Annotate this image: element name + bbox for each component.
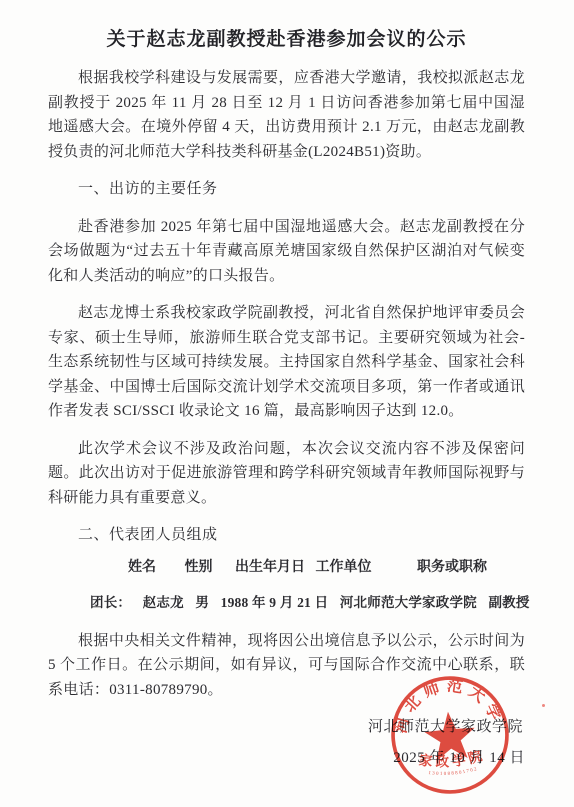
closing-paragraph: 根据中央相关文件精神，现将因公出境信息予以公示，公示时间为 5 个工作日。在公示… [48, 629, 525, 703]
member-birthdate: 1988 年 9 月 21 日 [221, 591, 329, 616]
intro-paragraph: 根据我校学科建设与发展需要，应香港大学邀请，我校拟派赵志龙副教授于 2025 年… [48, 66, 525, 164]
member-role: 团长： [90, 591, 131, 616]
scanned-notice-document: 关于赵志龙副教授赴香港参加会议的公示 根据我校学科建设与发展需要，应香港大学邀请… [0, 0, 574, 807]
section1-note-paragraph: 此次学术会议不涉及政治问题，本次会议交流内容不涉及保密问题。此次出访对于促进旅游… [48, 437, 525, 511]
col-gender: 性别 [185, 556, 213, 581]
signature-date: 2025 年 10 月 14 日 [48, 746, 525, 771]
col-birthdate: 出生年月日 [235, 556, 305, 581]
col-position: 职务或职称 [417, 556, 487, 581]
delegation-table-header: 姓名 性别 出生年月日 工作单位 职务或职称 [48, 556, 525, 581]
member-gender: 男 [195, 591, 209, 616]
signature-organization: 河北师范大学家政学院 [48, 715, 523, 740]
member-name: 赵志龙 [143, 591, 184, 616]
member-position: 副教授 [488, 591, 529, 616]
col-unit: 工作单位 [316, 556, 372, 581]
delegation-table-row: 团长： 赵志龙 男 1988 年 9 月 21 日 河北师范大学家政学院 副教授 [48, 591, 525, 616]
section1-bio-paragraph: 赵志龙博士系我校家政学院副教授，河北省自然保护地评审委员会专家、硕士生导师，旅游… [48, 301, 525, 424]
page-title: 关于赵志龙副教授赴香港参加会议的公示 [48, 27, 525, 52]
section2-heading: 二、代表团人员组成 [48, 523, 525, 548]
col-name: 姓名 [128, 556, 156, 581]
section1-task-paragraph: 赴香港参加 2025 年第七届中国湿地遥感大会。赵志龙副教授在分会场做题为“过去… [48, 215, 525, 289]
section1-heading: 一、出访的主要任务 [48, 177, 525, 202]
member-unit: 河北师范大学家政学院 [340, 591, 477, 616]
scan-speck [542, 704, 545, 707]
